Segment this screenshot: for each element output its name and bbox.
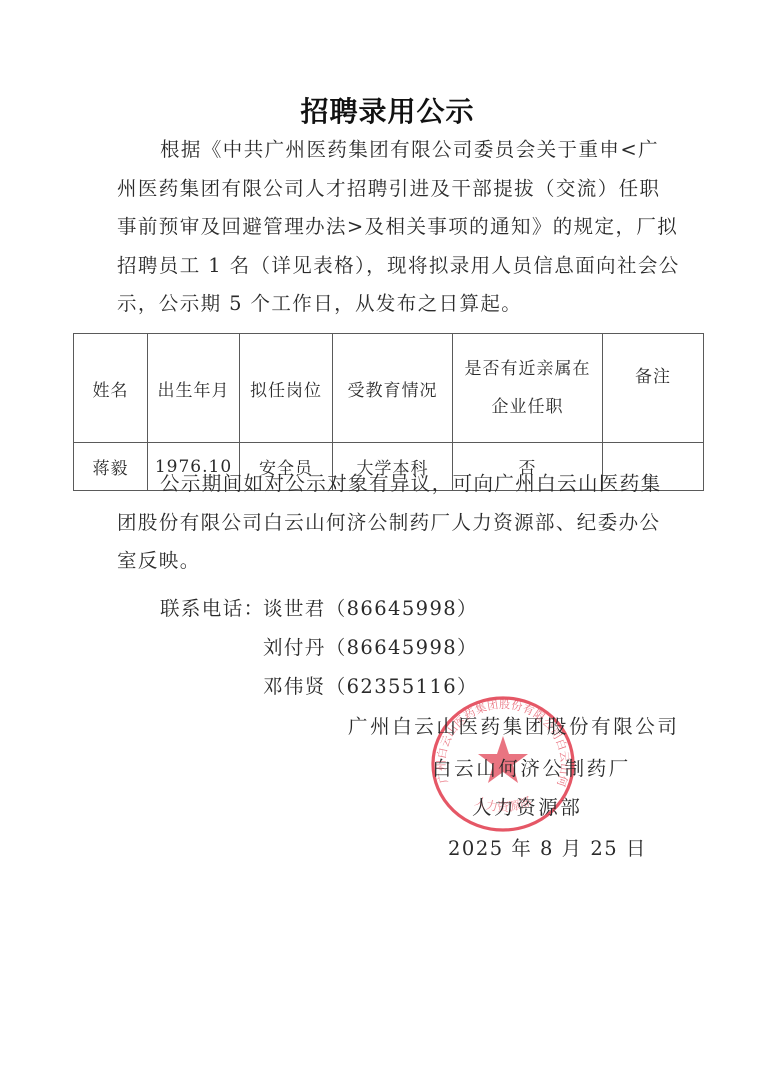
table-header-row: 姓名 出生年月 拟任岗位 受教育情况 是否有近亲属在 企业任职 备注 [74, 334, 704, 443]
contact-name: 刘付丹 [263, 636, 326, 659]
objection-line: 室反映。 [117, 542, 659, 581]
objection-paragraph: 公示期间如对公示对象有异议，可向广州白云山医药集 团股份有限公司白云山何济公制药… [117, 465, 659, 581]
contact-entry: 刘付丹（86645998） [263, 632, 478, 660]
intro-line: 示，公示期 5 个工作日，从发布之日算起。 [117, 285, 659, 324]
header-remark: 备注 [603, 334, 704, 443]
contact-phone: （62355116） [326, 675, 478, 698]
header-name: 姓名 [74, 334, 148, 443]
contact-entry: 谈世君（86645998） [263, 593, 478, 621]
header-birth: 出生年月 [148, 334, 240, 443]
objection-line: 公示期间如对公示对象有异议，可向广州白云山医药集 [117, 465, 659, 504]
signature-company: 广州白云山医药集团股份有限公司 [348, 711, 680, 739]
contact-name: 邓伟贤 [263, 675, 326, 698]
signature-date: 2025 年 8 月 25 日 [448, 833, 647, 861]
intro-line: 根据《中共广州医药集团有限公司委员会关于重申<广 [117, 131, 659, 170]
intro-line: 事前预审及回避管理办法>及相关事项的通知》的规定，厂拟 [117, 208, 659, 247]
header-education: 受教育情况 [333, 334, 453, 443]
objection-line: 团股份有限公司白云山何济公制药厂人力资源部、纪委办公 [117, 504, 659, 543]
signature-department: 人力资源部 [472, 792, 583, 820]
header-relatives-line1: 是否有近亲属在 [453, 350, 602, 388]
contact-phone: （86645998） [326, 597, 478, 620]
header-relatives: 是否有近亲属在 企业任职 [453, 334, 603, 443]
header-position: 拟任岗位 [240, 334, 333, 443]
contact-entry: 邓伟贤（62355116） [263, 671, 478, 699]
contact-name: 谈世君 [263, 597, 326, 620]
signature-factory: 白云山何济公制药厂 [432, 753, 631, 781]
header-relatives-line2: 企业任职 [453, 388, 602, 426]
intro-line: 州医药集团有限公司人才招聘引进及干部提拔（交流）任职 [117, 170, 659, 209]
page-title: 招聘录用公示 [0, 90, 775, 130]
contact-label: 联系电话： [160, 593, 265, 621]
contact-phone: （86645998） [326, 636, 478, 659]
intro-paragraph: 根据《中共广州医药集团有限公司委员会关于重申<广 州医药集团有限公司人才招聘引进… [117, 131, 659, 324]
intro-line: 招聘员工 1 名（详见表格），现将拟录用人员信息面向社会公 [117, 247, 659, 286]
